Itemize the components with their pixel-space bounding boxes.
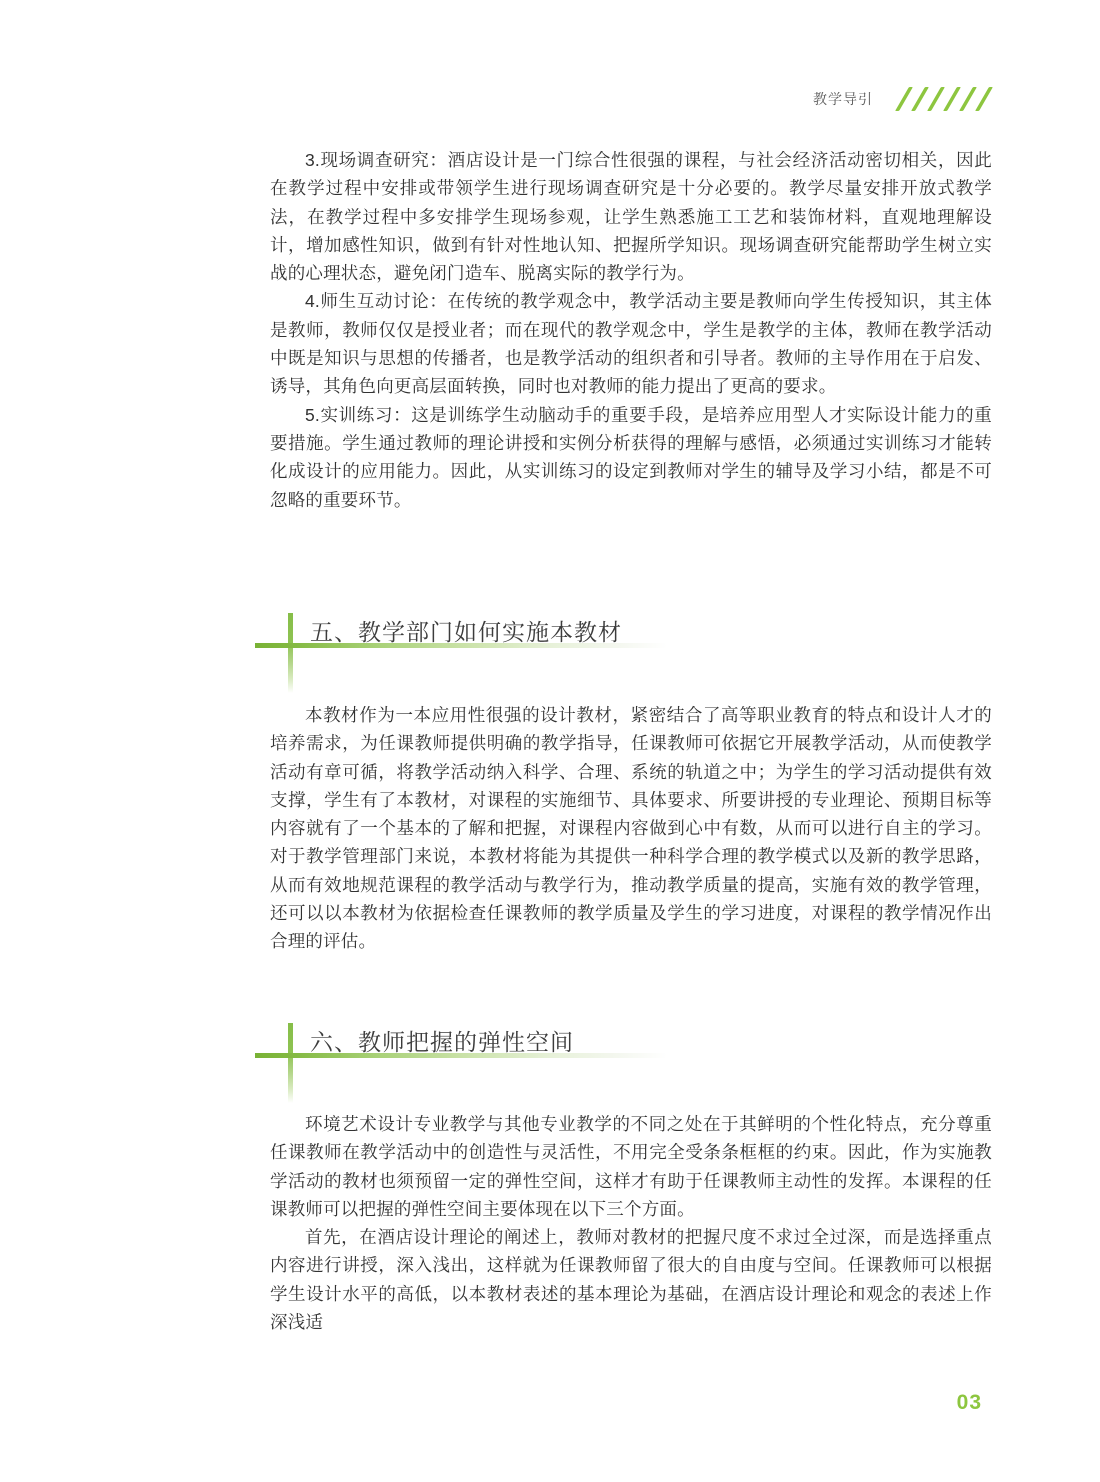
book-page: 教学导引 3.现场调查研究：酒店设计是一门综合性很强的课程，与社会经济活动密切相…	[0, 0, 1100, 1482]
running-header-title: 教学导引	[813, 84, 873, 114]
body-paragraph: 5.实训练习：这是训练学生动脑动手的重要手段，是培养应用型人才实际设计能力的重要…	[270, 401, 992, 514]
body-paragraph: 首先，在酒店设计理论的阐述上，教师对教材的把握尺度不求过全过深，而是选择重点内容…	[270, 1223, 992, 1336]
green-slashes-icon	[889, 84, 985, 114]
heading-accent-bar	[288, 613, 293, 693]
body-paragraph: 4.师生互动讨论：在传统的教学观念中，教学活动主要是教师向学生传授知识，其主体是…	[270, 287, 992, 400]
body-paragraph: 本教材作为一本应用性很强的设计教材，紧密结合了高等职业教育的特点和设计人才的培养…	[270, 701, 992, 956]
page-number: 03	[957, 1391, 982, 1415]
section-heading-6: 六、教师把握的弹性空间	[255, 1023, 695, 1105]
running-header: 教学导引	[813, 84, 985, 114]
section5-paragraph-block: 本教材作为一本应用性很强的设计教材，紧密结合了高等职业教育的特点和设计人才的培养…	[270, 701, 992, 956]
heading-accent-bar	[288, 1023, 293, 1103]
section6-paragraphs-block: 环境艺术设计专业教学与其他专业教学的不同之处在于其鲜明的个性化特点，充分尊重任课…	[270, 1110, 992, 1336]
section-heading-5: 五、教学部门如何实施本教材	[255, 613, 695, 695]
body-paragraph: 环境艺术设计专业教学与其他专业教学的不同之处在于其鲜明的个性化特点，充分尊重任课…	[270, 1110, 992, 1223]
top-paragraphs-block: 3.现场调查研究：酒店设计是一门综合性很强的课程，与社会经济活动密切相关，因此在…	[270, 146, 992, 514]
section-title: 六、教师把握的弹性空间	[310, 1024, 574, 1057]
section-title: 五、教学部门如何实施本教材	[310, 614, 622, 647]
body-paragraph: 3.现场调查研究：酒店设计是一门综合性很强的课程，与社会经济活动密切相关，因此在…	[270, 146, 992, 287]
